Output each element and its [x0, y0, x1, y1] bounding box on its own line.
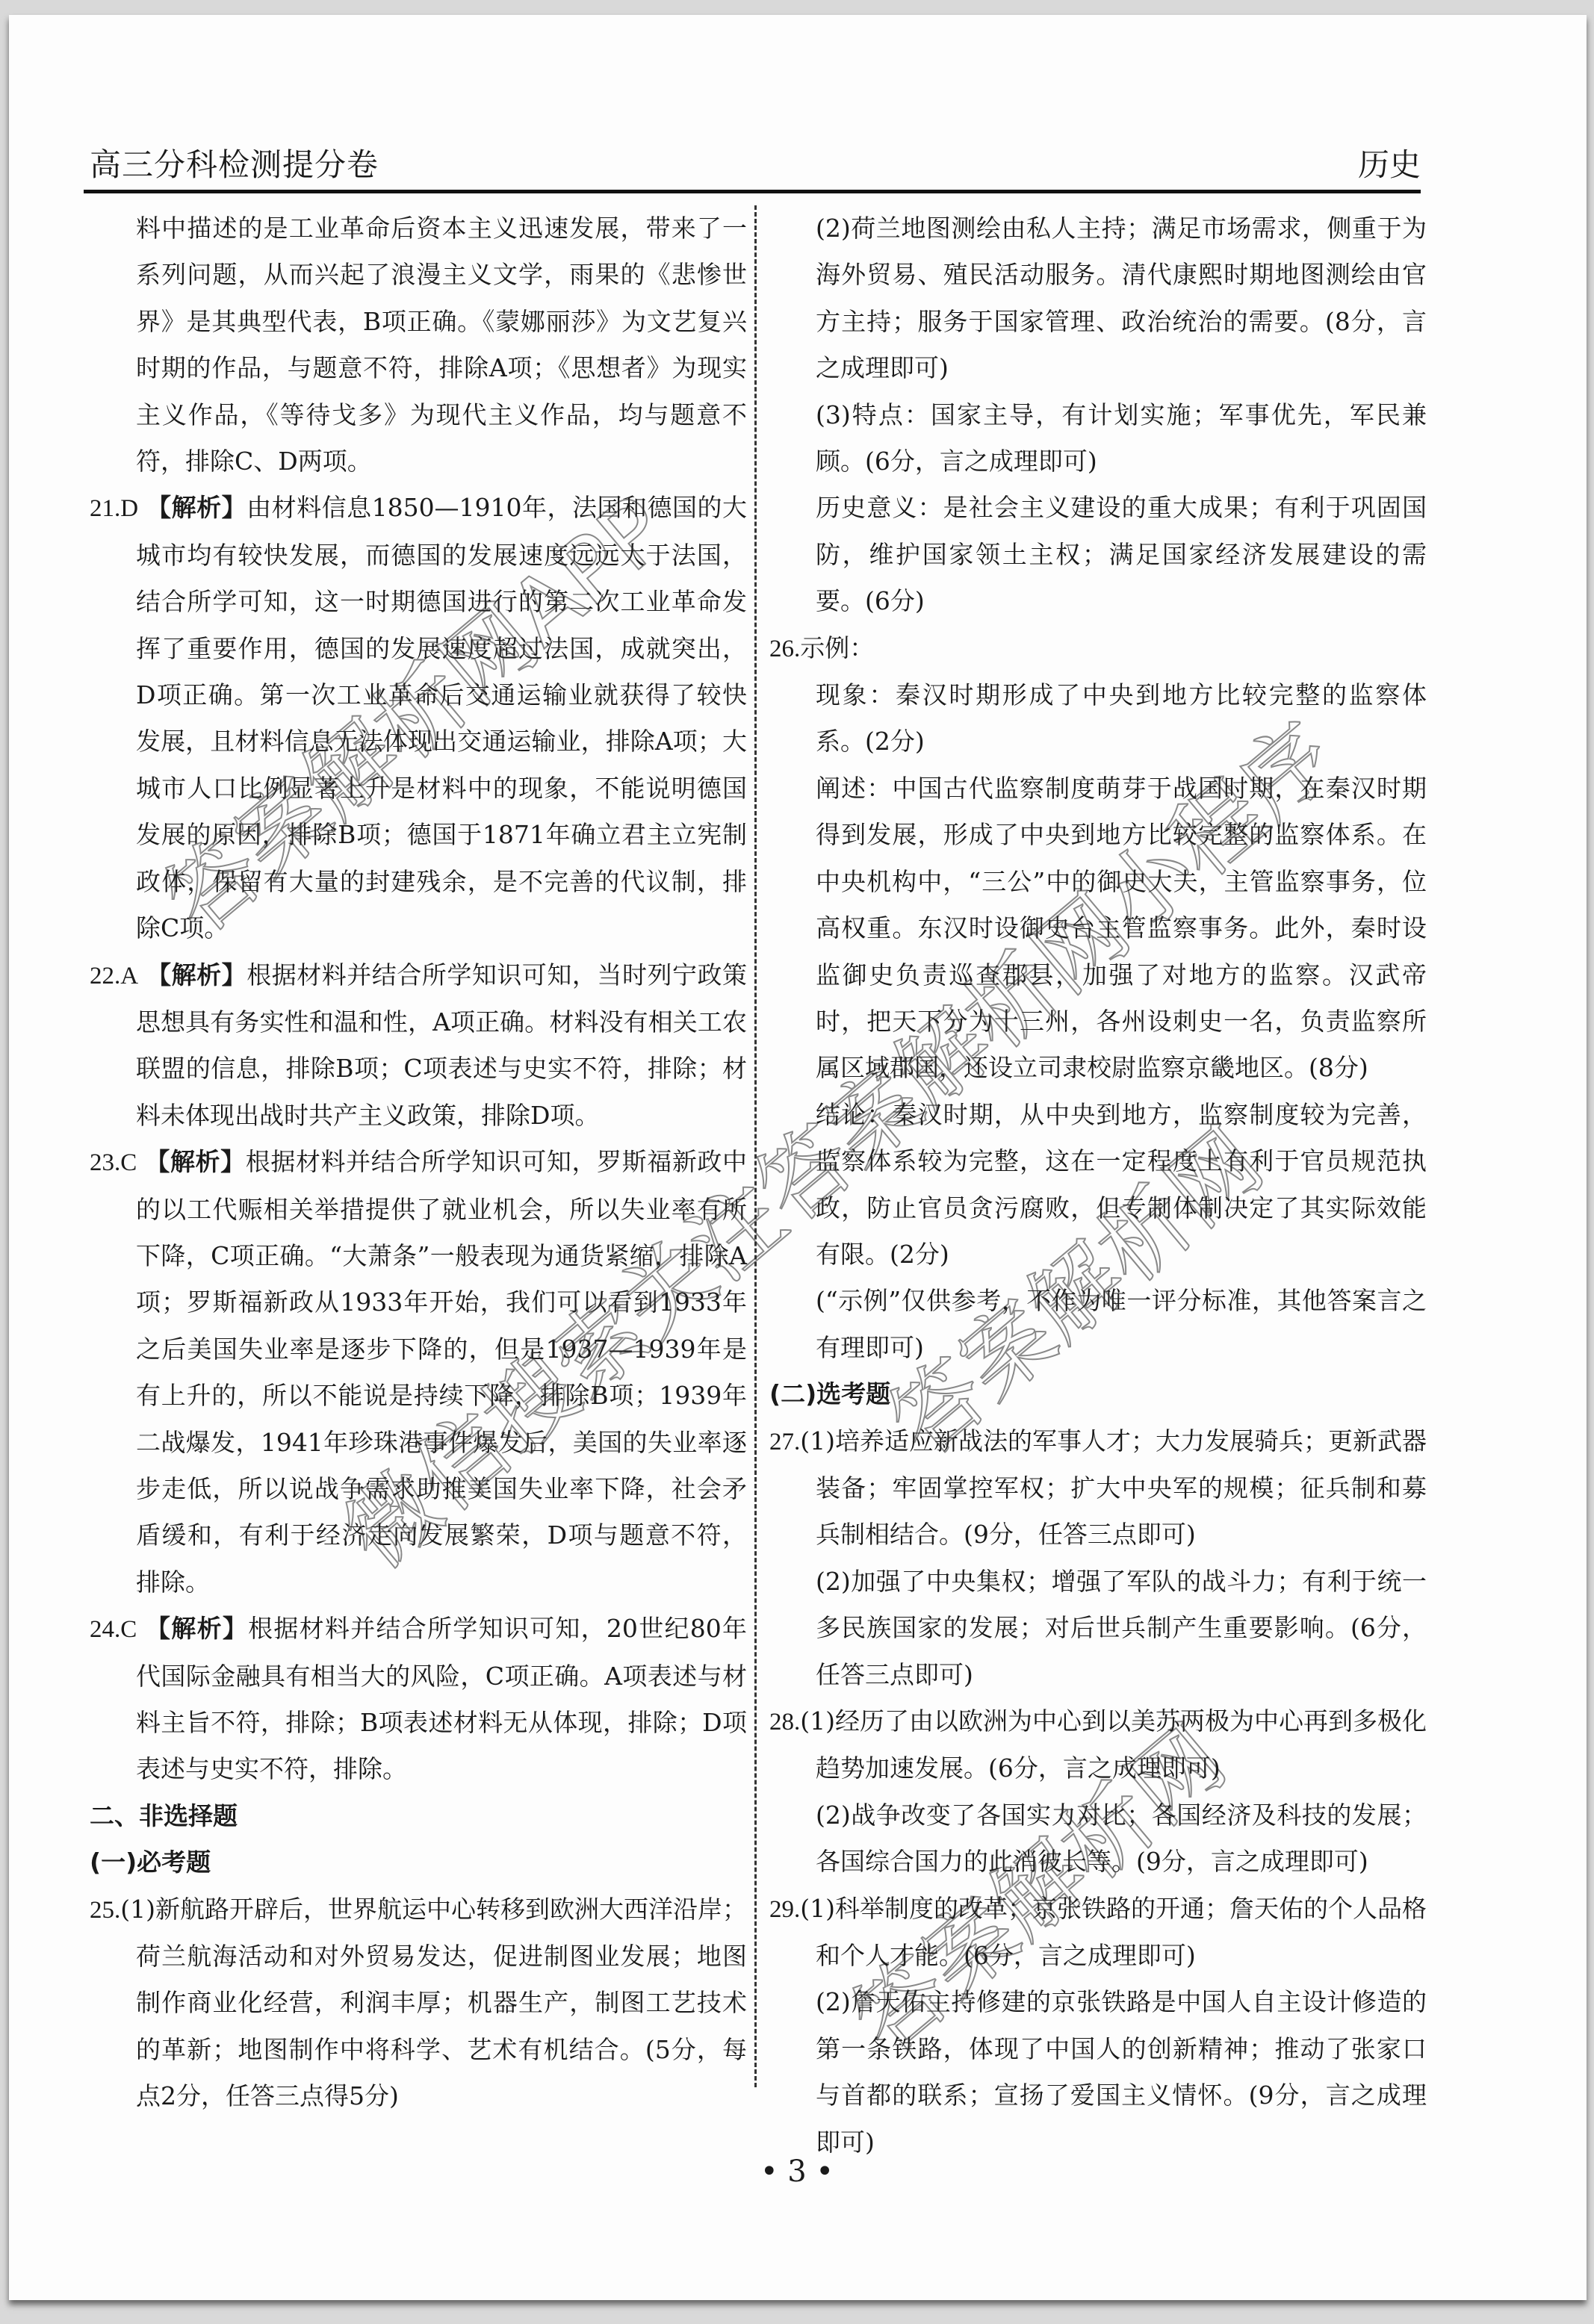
left-column: 料中描述的是工业革命后资本主义迅速发展，带来了一系列问题，从而兴起了浪漫主义文学… [90, 205, 747, 2120]
question-number: 29. [769, 1896, 800, 1923]
analysis-tag: 【解析】 [146, 493, 246, 522]
answer-26-phenomenon: 现象：秦汉时期形成了中央到地方比较完整的监察体系。(2分) [769, 672, 1427, 765]
answer-23: 23.C 【解析】根据材料并结合所学知识可知，罗斯福新政中的以工代赈相关举措提供… [90, 1139, 747, 1606]
answer-28-part2: (2)战争改变了各国实力对比；各国经济及科技的发展；各国综合国力的此消彼长等。(… [769, 1792, 1427, 1886]
answer-text: (1)培养适应新战法的军事人才；大力发展骑兵；更新武器装备；牢固掌控军权；扩大中… [800, 1426, 1427, 1550]
answer-text: (1)经历了由以欧洲为中心到以美苏两极为中心再到多极化趋势加速发展。(6分，言之… [800, 1706, 1427, 1783]
answer-25-part3-significance: 历史意义：是社会主义建设的重大成果；有利于巩固国防，维护国家领土主权；满足国家经… [769, 485, 1427, 624]
q20-continuation: 料中描述的是工业革命后资本主义迅速发展，带来了一系列问题，从而兴起了浪漫主义文学… [90, 205, 747, 485]
answer-29-part2: (2)詹天佑主持修建的京张铁路是中国人自主设计修造的第一条铁路，体现了中国人的创… [769, 1979, 1427, 2166]
answer-25-part3-features: (3)特点：国家主导，有计划实施；军事优先，军民兼顾。(6分，言之成理即可) [769, 392, 1427, 485]
question-number: 25. [90, 1897, 120, 1924]
question-number: 21. [90, 495, 120, 522]
answer-26-heading: 26.示例： [769, 625, 1427, 672]
answer-choice: C [120, 1149, 137, 1176]
answer-27-part1: 27.(1)培养适应新战法的军事人才；大力发展骑兵；更新武器装备；牢固掌控军权；… [769, 1418, 1427, 1559]
section-heading-elective: (二)选考题 [769, 1371, 1427, 1417]
section-heading-non-choice: 二、非选择题 [90, 1793, 747, 1839]
section-heading-required: (一)必考题 [90, 1839, 747, 1886]
answer-choice: C [120, 1616, 137, 1643]
answer-28-part1: 28.(1)经历了由以欧洲为中心到以美苏两极为中心再到多极化趋势加速发展。(6分… [769, 1698, 1427, 1792]
answer-text: (1)新航路开辟后，世界航运中心转移到欧洲大西洋沿岸；荷兰航海活动和对外贸易发达… [120, 1895, 747, 2111]
analysis-tag: 【解析】 [146, 960, 246, 989]
answer-22: 22.A 【解析】根据材料并结合所学知识可知，当时列宁政策思想具有务实性和温和性… [90, 952, 747, 1140]
example-label: 示例： [800, 633, 874, 662]
answer-25-part1: 25.(1)新航路开辟后，世界航运中心转移到欧洲大西洋沿岸；荷兰航海活动和对外贸… [90, 1886, 747, 2120]
answer-choice: D [120, 495, 138, 522]
exam-title: 高三分科检测提分卷 [90, 140, 379, 185]
answer-29-part1: 29.(1)科举制度的改革；京张铁路的开通；詹天佑的个人品格和个人才能。(6分，… [769, 1886, 1427, 1980]
answer-text: (1)科举制度的改革；京张铁路的开通；詹天佑的个人品格和个人才能。(6分，言之成… [800, 1894, 1427, 1970]
column-divider [754, 205, 757, 2087]
question-number: 26. [769, 636, 800, 662]
page-header: 高三分科检测提分卷 历史 [84, 146, 1421, 193]
question-number: 23. [90, 1149, 120, 1176]
answer-26-note: (“示例”仅供参考，不作为唯一评分标准，其他答案言之有理即可) [769, 1278, 1427, 1371]
analysis-tag: 【解析】 [146, 1614, 248, 1643]
answer-25-part2: (2)荷兰地图测绘由私人主持；满足市场需求，侧重于为海外贸易、殖民活动服务。清代… [769, 205, 1427, 392]
analysis-text: 根据材料并结合所学知识可知，罗斯福新政中的以工代赈相关举措提供了就业机会，所以失… [136, 1147, 747, 1597]
analysis-tag: 【解析】 [145, 1147, 245, 1176]
question-number: 28. [769, 1709, 800, 1736]
analysis-text: 由材料信息1850—1910年，法国和德国的大城市均有较快发展，而德国的发展速度… [136, 493, 747, 942]
answer-26-elaboration: 阐述：中国古代监察制度萌芽于战国时期，在秦汉时期得到发展，形成了中央到地方比较完… [769, 765, 1427, 1092]
page-number: • 3 • [0, 2154, 1594, 2189]
answer-27-part2: (2)加强了中央集权；增强了军队的战斗力；有利于统一多民族国家的发展；对后世兵制… [769, 1559, 1427, 1698]
question-number: 22. [90, 963, 120, 989]
question-number: 27. [769, 1429, 800, 1455]
answer-26-conclusion: 结论：秦汉时期，从中央到地方，监察制度较为完善，监察体系较为完整，这在一定程度上… [769, 1092, 1427, 1278]
question-number: 24. [90, 1616, 120, 1643]
answer-24: 24.C 【解析】根据材料并结合所学知识可知，20世纪80年代国际金融具有相当大… [90, 1606, 747, 1793]
answer-21: 21.D 【解析】由材料信息1850—1910年，法国和德国的大城市均有较快发展… [90, 485, 747, 951]
subject-label: 历史 [1358, 140, 1421, 185]
answer-choice: A [120, 963, 138, 989]
right-column: (2)荷兰地图测绘由私人主持；满足市场需求，侧重于为海外贸易、殖民活动服务。清代… [769, 205, 1427, 2166]
